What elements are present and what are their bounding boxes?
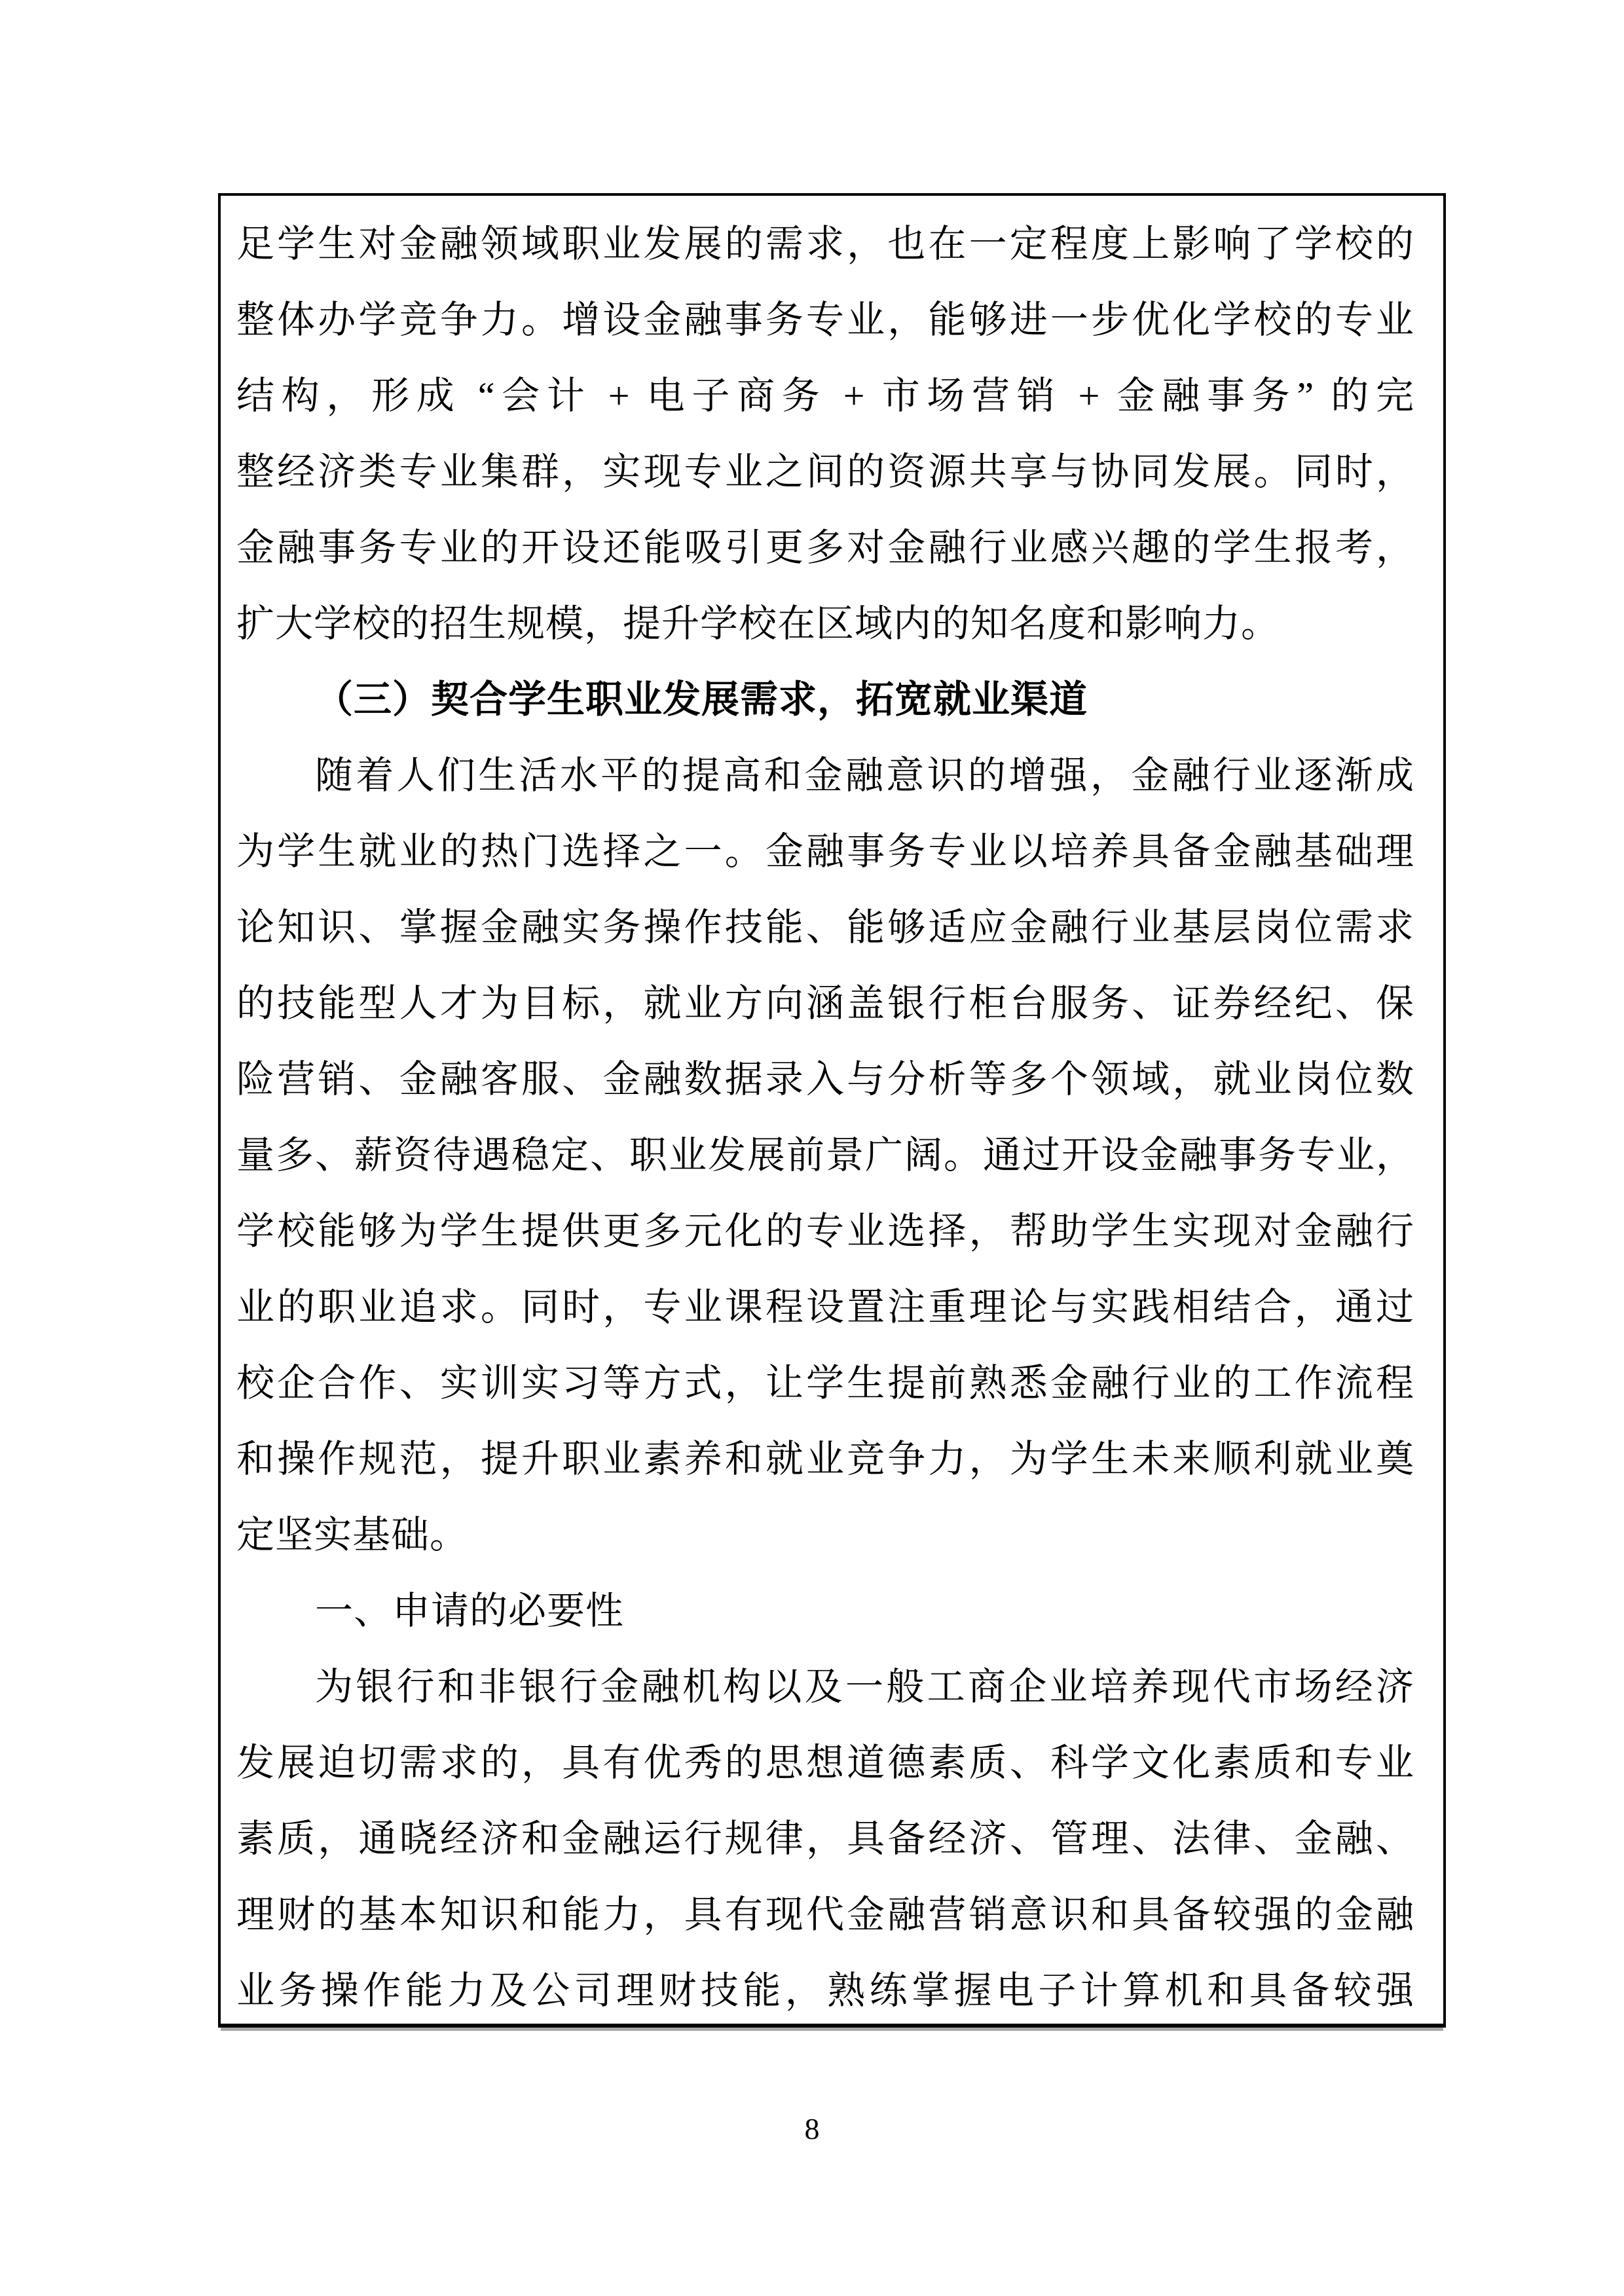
text-line: 为银行和非银行金融机构以及一般工商企业培养现代市场经济 <box>236 1649 1414 1725</box>
section-heading: （三）契合学生职业发展需求，拓宽就业渠道 <box>236 662 1414 738</box>
text-line: 理财的基本知识和能力，具有现代金融营销意识和具备较强的金融 <box>236 1877 1414 1953</box>
continuation-paragraph: 足学生对金融领域职业发展的需求，也在一定程度上影响了学校的整体办学竞争力。增设金… <box>236 206 1414 662</box>
sub-heading-necessity: 一、申请的必要性 <box>236 1573 1414 1649</box>
text-line: 的技能型人才为目标，就业方向涵盖银行柜台服务、证券经纪、保 <box>236 966 1414 1042</box>
text-line: 业务操作能力及公司理财技能，熟练掌握电子计算机和具备较强 <box>236 1953 1414 2028</box>
text-line: 论知识、掌握金融实务操作技能、能够适应金融行业基层岗位需求 <box>236 890 1414 966</box>
body-paragraph-necessity: 为银行和非银行金融机构以及一般工商企业培养现代市场经济发展迫切需求的，具有优秀的… <box>236 1649 1414 2028</box>
text-line: （三）契合学生职业发展需求，拓宽就业渠道 <box>236 662 1414 738</box>
text-line: 随着人们生活水平的提高和金融意识的增强，金融行业逐渐成 <box>236 738 1414 814</box>
text-line: 扩大学校的招生规模，提升学校在区域内的知名度和影响力。 <box>236 586 1414 662</box>
text-line: 校企合作、实训实习等方式，让学生提前熟悉金融行业的工作流程 <box>236 1345 1414 1421</box>
text-line: 一、申请的必要性 <box>236 1573 1414 1649</box>
body-paragraph-employment: 随着人们生活水平的提高和金融意识的增强，金融行业逐渐成为学生就业的热门选择之一。… <box>236 738 1414 1573</box>
text-line: 素质，通晓经济和金融运行规律，具备经济、管理、法律、金融、 <box>236 1801 1414 1877</box>
page-number: 8 <box>0 2109 1624 2149</box>
text-line: 金融事务专业的开设还能吸引更多对金融行业感兴趣的学生报考， <box>236 510 1414 586</box>
text-line: 结构，形成 “会计 + 电子商务 + 市场营销 + 金融事务” 的完 <box>236 358 1414 434</box>
text-line: 整经济类专业集群，实现专业之间的资源共享与协同发展。同时， <box>236 434 1414 510</box>
text-line: 发展迫切需求的，具有优秀的思想道德素质、科学文化素质和专业 <box>236 1725 1414 1801</box>
text-line: 和操作规范，提升职业素养和就业竞争力，为学生未来顺利就业奠 <box>236 1421 1414 1497</box>
text-line: 足学生对金融领域职业发展的需求，也在一定程度上影响了学校的 <box>236 206 1414 282</box>
text-line: 量多、薪资待遇稳定、职业发展前景广阔。通过开设金融事务专业， <box>236 1118 1414 1194</box>
text-line: 整体办学竞争力。增设金融事务专业，能够进一步优化学校的专业 <box>236 282 1414 358</box>
text-line: 险营销、金融客服、金融数据录入与分析等多个领域，就业岗位数 <box>236 1042 1414 1118</box>
text-line: 业的职业追求。同时，专业课程设置注重理论与实践相结合，通过 <box>236 1269 1414 1345</box>
content-border-box: 足学生对金融领域职业发展的需求，也在一定程度上影响了学校的整体办学竞争力。增设金… <box>218 193 1446 2028</box>
text-line: 为学生就业的热门选择之一。金融事务专业以培养具备金融基础理 <box>236 814 1414 890</box>
text-line: 学校能够为学生提供更多元化的专业选择，帮助学生实现对金融行 <box>236 1194 1414 1269</box>
text-line: 定坚实基础。 <box>236 1497 1414 1573</box>
